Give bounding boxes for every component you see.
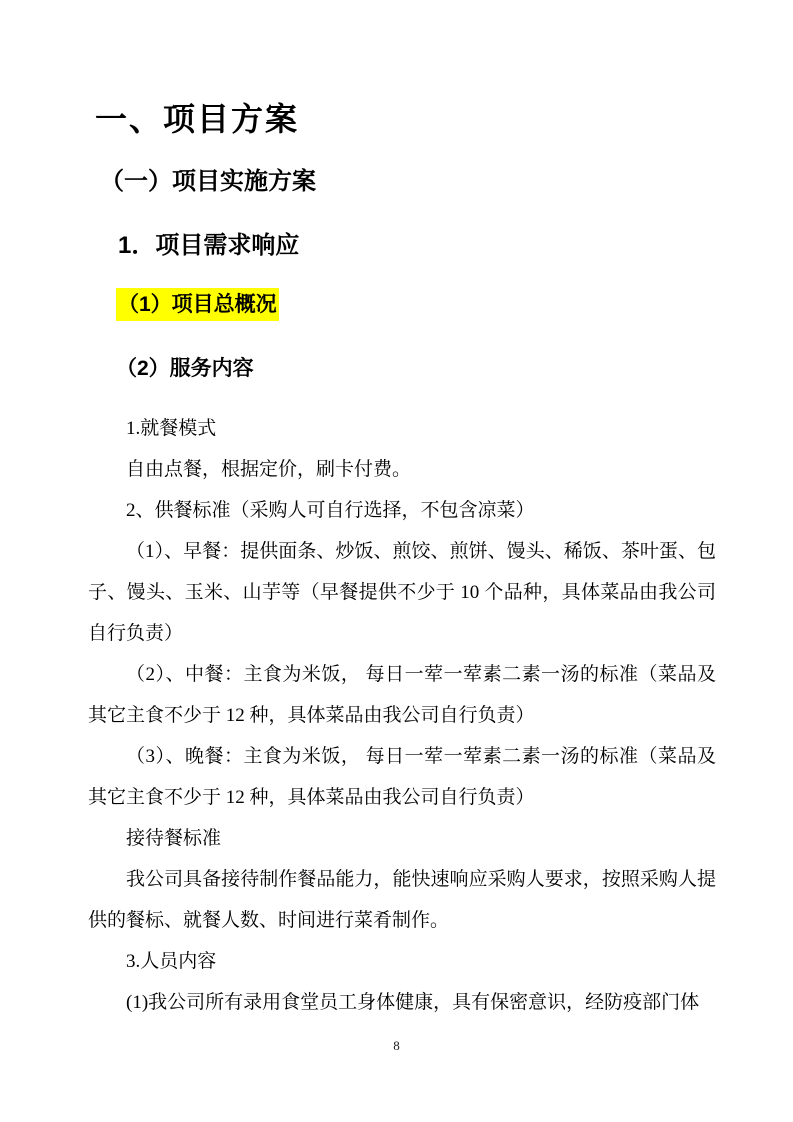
heading-level2: （一）项目实施方案 <box>100 166 793 198</box>
heading-level4-second-wrap: （2）服务内容 <box>116 352 793 387</box>
page-number: 8 <box>0 1037 793 1055</box>
document-body: 1.就餐模式自由点餐，根据定价，刷卡付费。2、供餐标准（采购人可自行选择，不包含… <box>88 408 716 1023</box>
paragraph: 我公司具备接待制作餐品能力，能快速响应采购人要求，按照采购人提供的餐标、就餐人数… <box>88 859 716 941</box>
heading-level1: 一、项目方案 <box>95 97 793 141</box>
paragraph: 3.人员内容 <box>88 941 716 982</box>
heading-level3: 1．项目需求响应 <box>118 229 793 263</box>
paragraph: （2）、中餐：主食为米饭， 每日一荤一荤素二素一汤的标准（菜品及其它主食不少于 … <box>88 654 716 736</box>
paragraph: 接待餐标准 <box>88 818 716 859</box>
paragraph: 2、供餐标准（采购人可自行选择，不包含凉菜） <box>88 490 716 531</box>
document-page: 一、项目方案 （一）项目实施方案 1．项目需求响应 （1）项目总概况 （2）服务… <box>0 0 793 1122</box>
paragraph: （3）、晚餐：主食为米饭， 每日一荤一荤素二素一汤的标准（菜品及其它主食不少于 … <box>88 736 716 818</box>
heading-level4-highlighted: （1）项目总概况 <box>116 288 279 321</box>
paragraph: 1.就餐模式 <box>88 408 716 449</box>
paragraph: (1)我公司所有录用食堂员工身体健康，具有保密意识，经防疫部门体 <box>88 982 716 1023</box>
heading-level4-second: （2）服务内容 <box>116 352 254 385</box>
paragraph: （1）、早餐：提供面条、炒饭、煎饺、煎饼、馒头、稀饭、茶叶蛋、包 子、馒头、玉米… <box>88 531 716 654</box>
paragraph: 自由点餐，根据定价，刷卡付费。 <box>88 449 716 490</box>
heading-level4-highlighted-wrap: （1）项目总概况 <box>116 288 793 323</box>
